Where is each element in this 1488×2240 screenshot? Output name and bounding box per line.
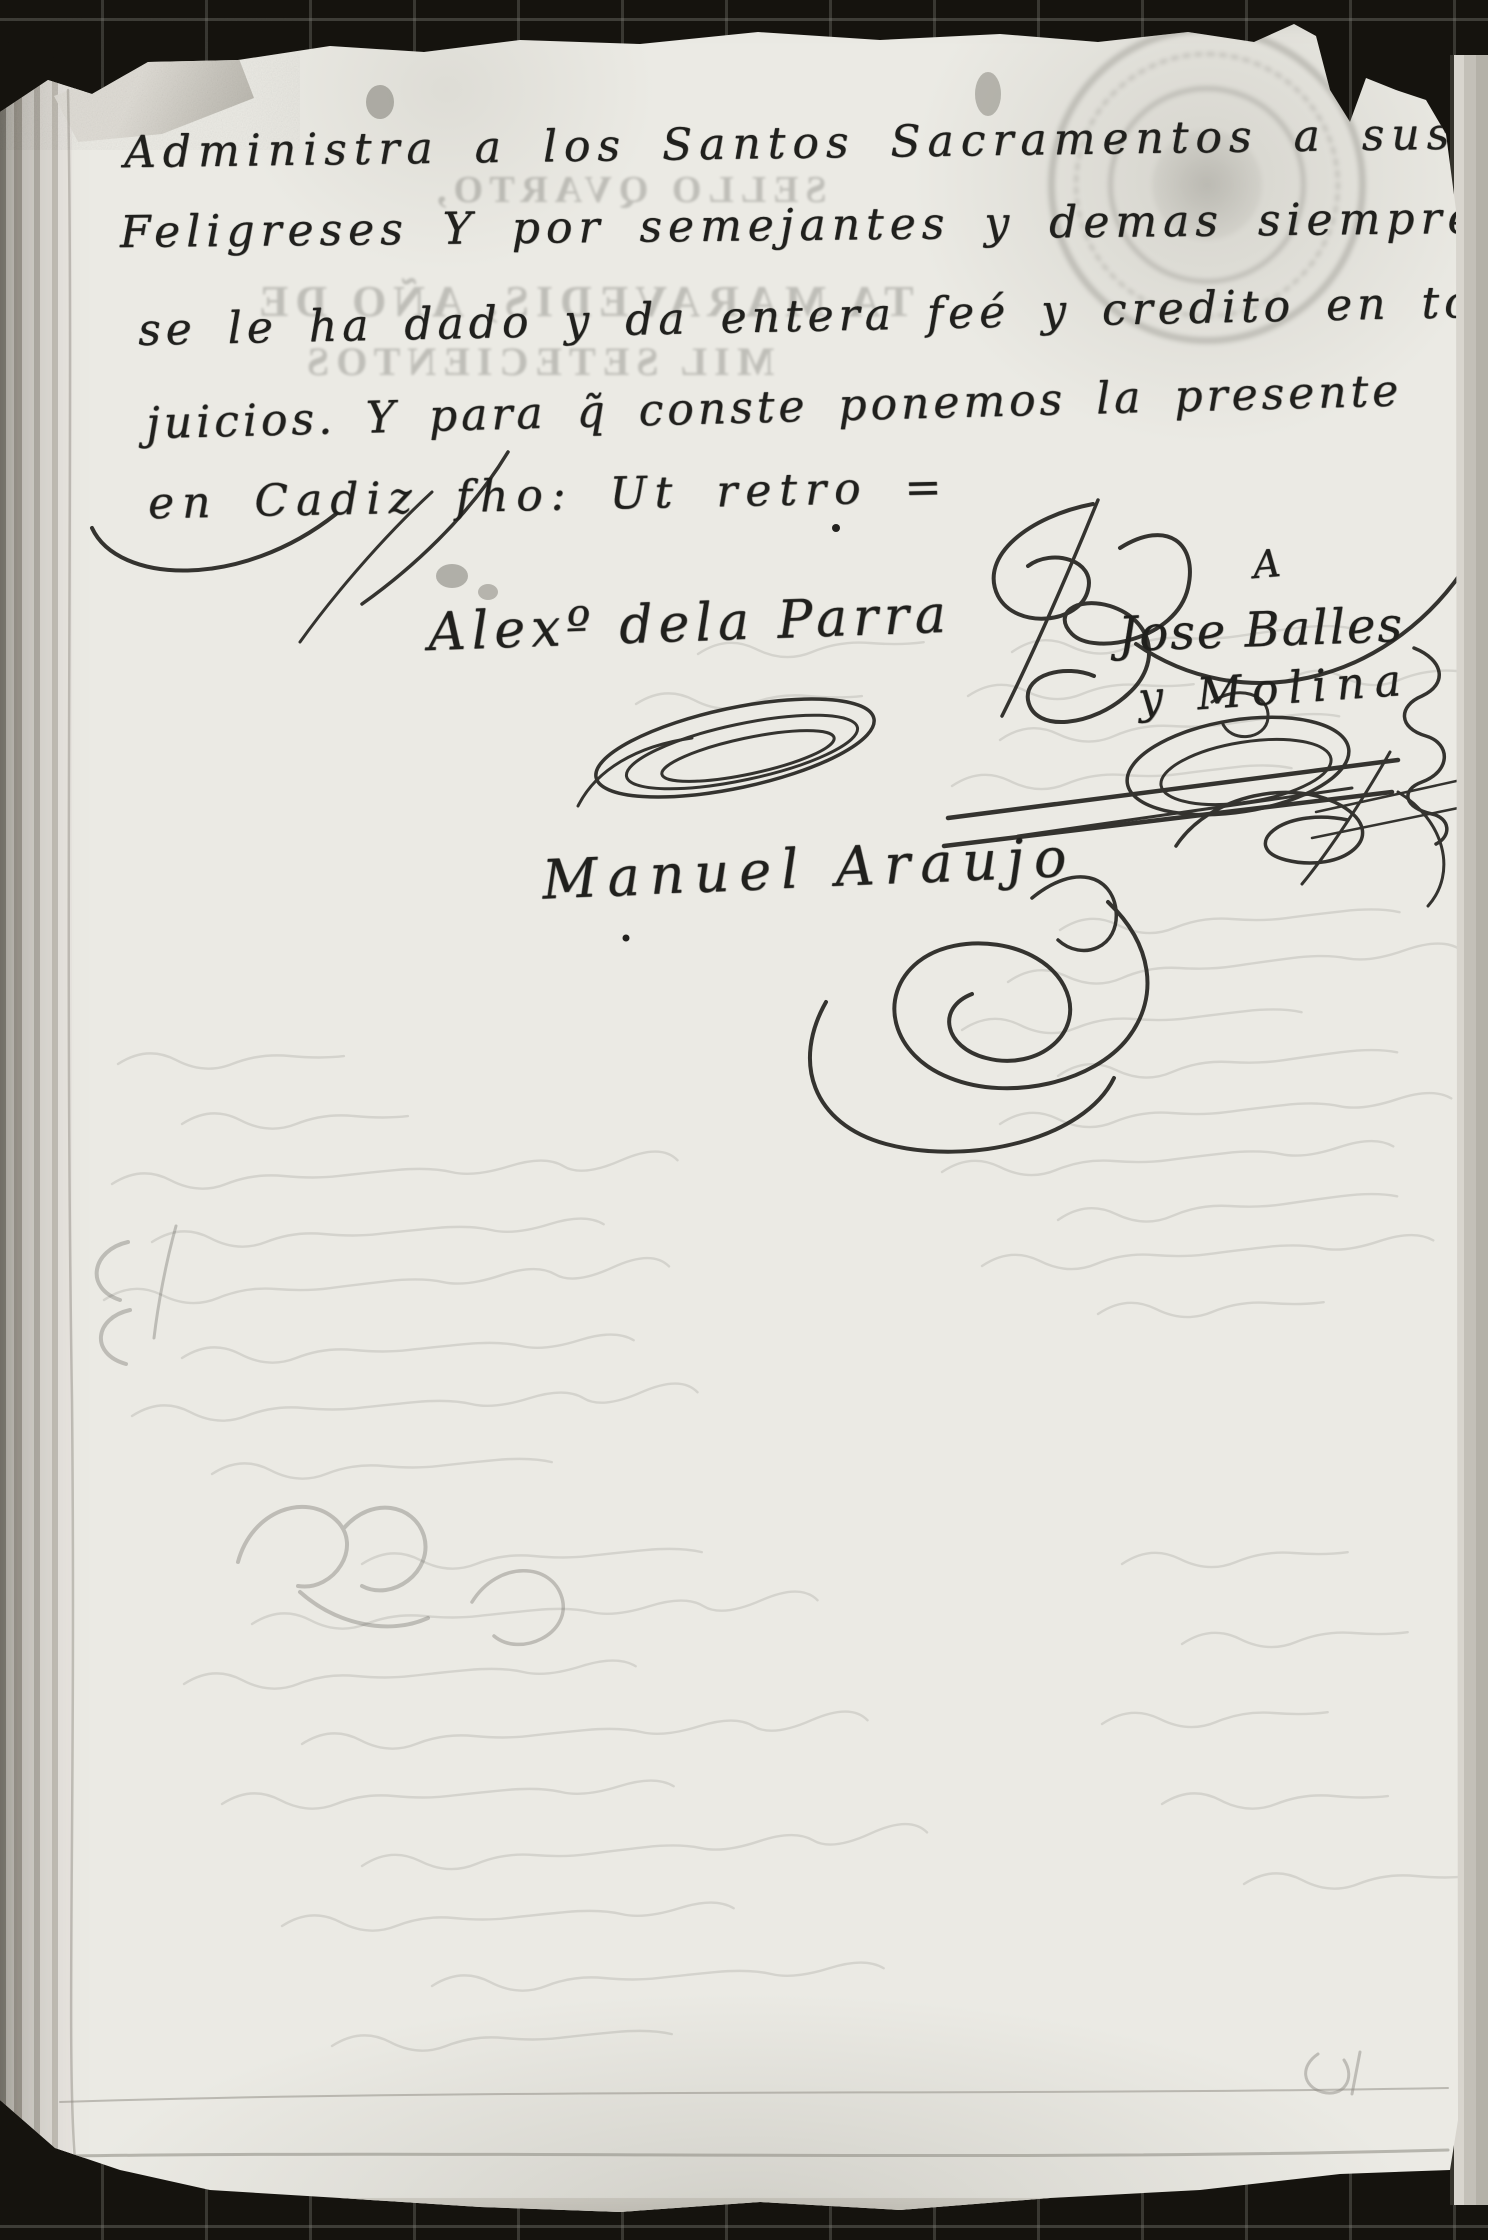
signature-jose-balles: Jose Balles xyxy=(1117,601,1405,659)
backdrop-grid-line xyxy=(0,18,1488,21)
signature-initial-a: A xyxy=(1251,544,1282,584)
backdrop-grid-line xyxy=(0,2225,1488,2228)
page-sheet: SELLO QVARTO, TA MARAVEDIS, AÑO DE MIL S… xyxy=(0,0,1488,2240)
manuscript-scan-photo: SELLO QVARTO, TA MARAVEDIS, AÑO DE MIL S… xyxy=(0,0,1488,2240)
